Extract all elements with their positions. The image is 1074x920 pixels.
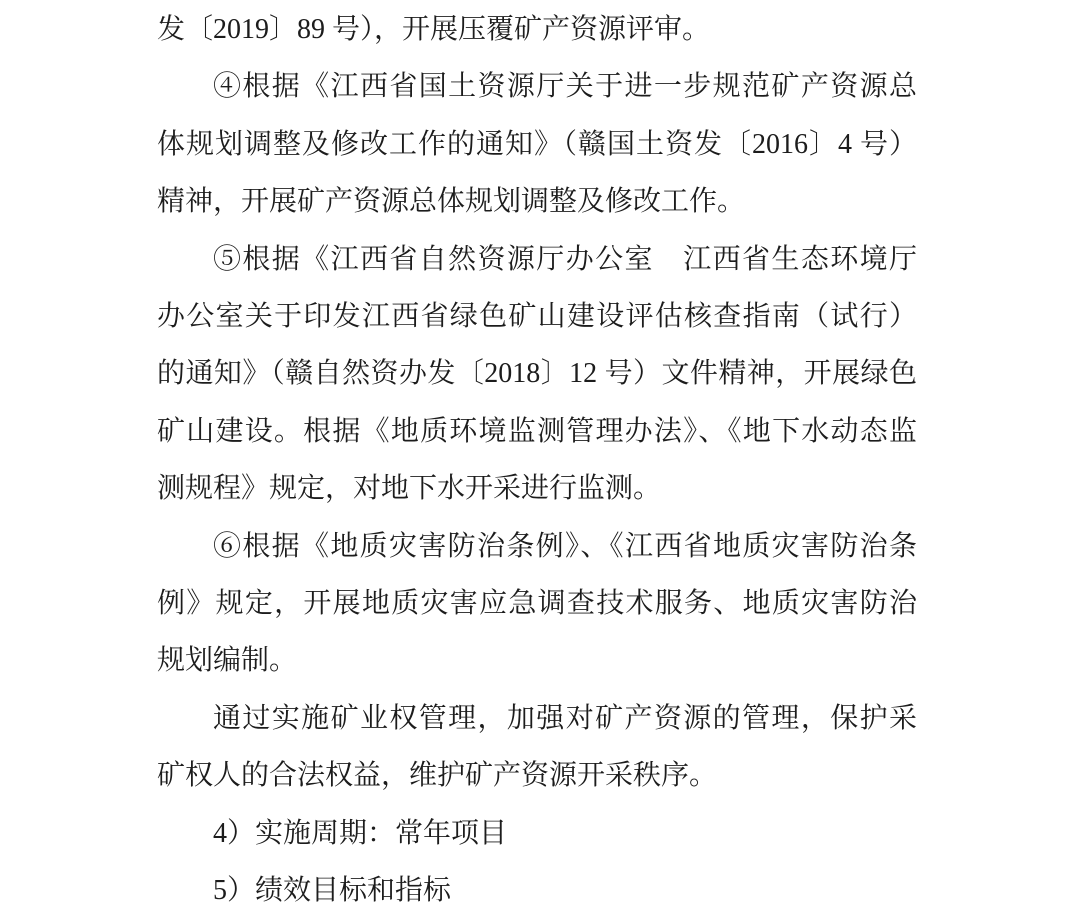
- document-line: 规划编制。: [157, 632, 917, 689]
- document-line: 4）实施周期：常年项目: [157, 805, 917, 862]
- document-page: 发〔2019〕89 号），开展压覆矿产资源评审。 ④根据《江西省国土资源厅关于进…: [0, 0, 1074, 920]
- document-line: 发〔2019〕89 号），开展压覆矿产资源评审。: [157, 1, 917, 58]
- document-line: 通过实施矿业权管理，加强对矿产资源的管理，保护采: [157, 690, 917, 747]
- document-line: 精神，开展矿产资源总体规划调整及修改工作。: [157, 173, 917, 230]
- document-line: ⑥根据《地质灾害防治条例》、《江西省地质灾害防治条: [157, 518, 917, 575]
- document-line: 办公室关于印发江西省绿色矿山建设评估核查指南（试行）: [157, 288, 917, 345]
- document-text-block: 发〔2019〕89 号），开展压覆矿产资源评审。 ④根据《江西省国土资源厅关于进…: [0, 0, 1074, 920]
- document-line: ④根据《江西省国土资源厅关于进一步规范矿产资源总: [157, 58, 917, 115]
- document-line: ⑤根据《江西省自然资源厅办公室 江西省生态环境厅: [157, 231, 917, 288]
- document-line: 例》规定，开展地质灾害应急调查技术服务、地质灾害防治: [157, 575, 917, 632]
- document-line: 5）绩效目标和指标: [157, 862, 917, 919]
- document-line: 测规程》规定，对地下水开采进行监测。: [157, 460, 917, 517]
- document-line: 的通知》（赣自然资办发〔2018〕12 号）文件精神，开展绿色: [157, 345, 917, 402]
- document-line: 矿权人的合法权益，维护矿产资源开采秩序。: [157, 747, 917, 804]
- document-line: 体规划调整及修改工作的通知》（赣国土资发〔2016〕4 号）: [157, 116, 917, 173]
- document-line: 矿山建设。根据《地质环境监测管理办法》、《地下水动态监: [157, 403, 917, 460]
